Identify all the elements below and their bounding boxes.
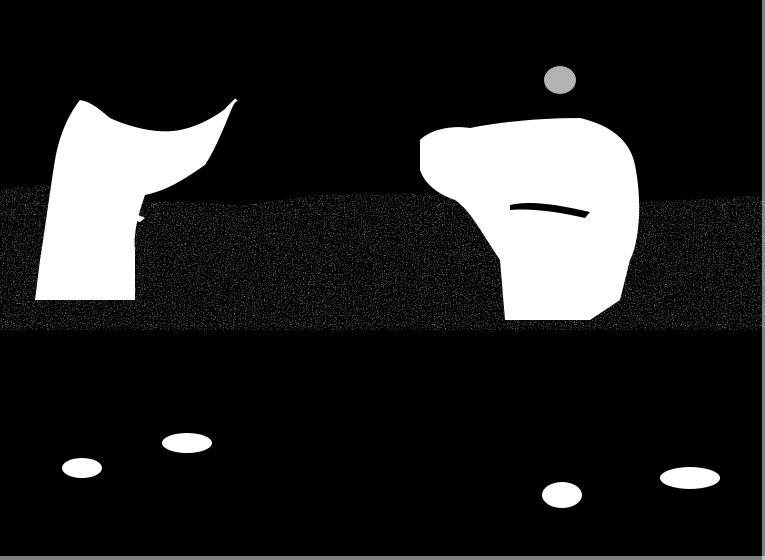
photo — [0, 0, 765, 560]
bottom-border — [0, 556, 765, 560]
photo-canvas — [0, 0, 765, 560]
